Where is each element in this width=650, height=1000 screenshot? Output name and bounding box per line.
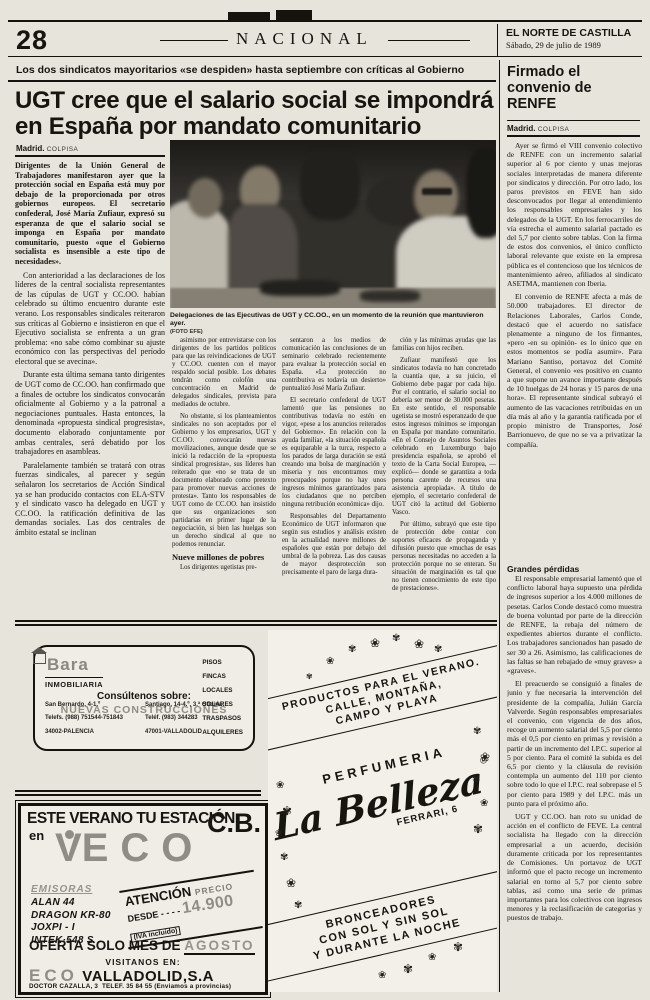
article-subhead: Nueve millones de pobres <box>172 553 276 561</box>
paragraph: ALAN 44 <box>31 897 111 910</box>
paragraph: El secretario confederal de UGT lamentó … <box>282 397 386 509</box>
flower-icon: ❀ <box>480 798 488 809</box>
paragraph: Teléf. (983) 344283 <box>145 715 245 722</box>
veco-en: en <box>29 828 44 843</box>
paragraph: DRAGON KR-80 <box>31 910 111 923</box>
flower-icon: ✾ <box>473 726 481 737</box>
lead-paragraph: Dirigentes de la Unión General de Trabaj… <box>15 161 165 267</box>
flower-icon: ✾ <box>294 900 302 911</box>
caption-text: Delegaciones de las Ejecutivas de UGT y … <box>170 312 483 327</box>
edition-date: Sábado, 29 de julio de 1989 <box>506 40 601 50</box>
veco-ad: ESTE VERANO TU ESTACIÓN C.B. en VECO EMI… <box>18 803 268 995</box>
inmobiliaria-logo-text: Bara <box>47 655 89 674</box>
paragraph: PISOS <box>202 659 243 667</box>
paragraph: Telefs. (988) 751544-751843 <box>45 715 140 722</box>
header-tab-right <box>276 10 312 20</box>
section-rule-right <box>388 40 470 41</box>
section-title: NACIONAL <box>236 29 373 49</box>
column-1-paragraphs: Con anterioridad a las declaraciones de … <box>15 271 165 538</box>
section-rule-left <box>160 40 228 41</box>
paragraph: 34002-PALENCIA <box>45 729 140 736</box>
paragraph: Por último, subrayó que este tipo de pro… <box>392 521 496 593</box>
article-column-1: Dirigentes de la Unión General de Trabaj… <box>15 161 165 613</box>
renfe-body-2: El responsable empresarial lamentó que e… <box>507 574 642 990</box>
paragraph: Paralelamente también se tratará con otr… <box>15 461 165 538</box>
flower-icon: ✾ <box>434 644 442 655</box>
main-byline-agency: COLPISA <box>47 146 79 153</box>
offer-month: AGOSTO <box>184 938 254 955</box>
veco-offer: OFERTA SOLO MES DE AGOSTO <box>29 938 255 953</box>
renfe-title: Firmado el convenio de RENFE <box>507 64 642 112</box>
la-belleza-ad: PRODUCTOS PARA EL VERANO.CALLE, MONTAÑA,… <box>268 630 497 992</box>
emisoras-label: EMISORAS <box>31 884 111 895</box>
renfe-title-line: RENFE <box>507 96 642 112</box>
paragraph: Responsables del Departamento Económico … <box>282 513 386 577</box>
house-icon <box>33 653 46 664</box>
paragraph: Con anterioridad a las declaraciones de … <box>15 271 165 367</box>
veco-cb: C.B. <box>207 808 261 839</box>
flower-icon: ✾ <box>348 644 356 655</box>
paragraph: Santiago, 14-4.º, 3.ª Oficina <box>145 702 245 709</box>
renfe-body-1: Ayer se firmó el VIII convenio colectivo… <box>507 141 642 561</box>
ads-divider-rule-2 <box>15 794 261 796</box>
paragraph: El convenio de RENFE afecta a más de 50.… <box>507 292 642 448</box>
offer-text: OFERTA SOLO MES DE <box>29 938 181 953</box>
header-vertical-divider <box>497 24 498 56</box>
inmobiliaria-ad: Bara INMOBILIARIA PISOSFINCASLOCALESSOLA… <box>33 645 255 751</box>
main-byline-rule <box>15 155 165 157</box>
paragraph: asimismo por entrevistarse con los dirig… <box>172 337 276 409</box>
newspaper-page: 28 NACIONAL EL NORTE DE CASTILLA Sábado,… <box>0 0 650 1000</box>
header-bottom-rule <box>8 56 642 57</box>
article-column-4: ción y las mínimas ayudas que las famili… <box>392 337 496 613</box>
renfe-byline-city: Madrid. <box>507 124 535 133</box>
flower-icon: ✾ <box>282 804 292 819</box>
flower-icon: ❀ <box>286 876 296 891</box>
flower-icon: ✾ <box>473 822 483 837</box>
veco-logo: VECO <box>55 828 204 868</box>
paragraph: ción y las mínimas ayudas que las famili… <box>392 337 496 353</box>
veco-footer-address: DOCTOR CAZALLA, 3 TELEF. 35 84 55 (Envia… <box>29 983 231 990</box>
page-number: 28 <box>16 25 48 56</box>
article-bottom-rule-1 <box>15 620 497 622</box>
veco-v-icon: V <box>55 828 82 868</box>
kicker-rule <box>8 80 496 82</box>
flower-icon: ✾ <box>306 672 313 681</box>
inmobiliaria-label: INMOBILIARIA <box>45 677 103 689</box>
paragraph: 47001-VALLADOLID <box>145 729 245 736</box>
inmobiliaria-address-palencia: San Bernardo, 4-1.ºTelefs. (988) 751544-… <box>45 696 140 742</box>
paragraph: El preacuerdo se consiguió a finales de … <box>507 679 642 808</box>
flower-icon: ❀ <box>480 750 490 765</box>
column-2-paragraphs: asimismo por entrevistarse con los dirig… <box>172 337 276 549</box>
paragraph: Ayer se firmó el VIII convenio colectivo… <box>507 141 642 288</box>
inmobiliaria-address-valladolid: Santiago, 14-4.º, 3.ª OficinaTeléf. (983… <box>145 696 245 742</box>
header-tab-left <box>228 12 270 20</box>
paragraph: sentaron a los medios de comunicación la… <box>282 337 386 393</box>
headline-line-2: en España por mandato comunitario <box>15 114 497 140</box>
union-meeting-photo <box>170 140 496 308</box>
renfe-byline-rule-bottom <box>507 135 640 137</box>
renfe-byline-agency: COLPISA <box>538 126 570 133</box>
masthead: EL NORTE DE CASTILLA <box>506 27 631 39</box>
paragraph: No obstante, si los planteamientos sindi… <box>172 413 276 549</box>
flower-icon: ✾ <box>392 633 400 644</box>
kicker: Los dos sindicatos mayoritarios «se desp… <box>16 64 494 76</box>
halftone-texture <box>170 140 496 308</box>
paragraph: JOXPI - I <box>31 922 111 935</box>
paragraph: El responsable empresarial lamentó que e… <box>507 574 642 675</box>
renfe-byline-rule-top <box>507 120 640 121</box>
photo-caption: Delegaciones de las Ejecutivas de UGT y … <box>170 312 496 336</box>
main-byline-city: Madrid. <box>16 144 44 153</box>
paragraph: FINCAS <box>202 673 243 681</box>
article-column-2: asimismo por entrevistarse con los dirig… <box>172 337 276 613</box>
photo-credit: (FOTO EFE) <box>170 329 203 335</box>
inmobiliaria-logo: Bara <box>47 655 89 675</box>
paragraph: Zufiaur manifestó que los sindicatos tod… <box>392 357 496 517</box>
flower-icon: ❀ <box>378 970 386 981</box>
column-2-continued: Los dirigentes ugetistas pre- <box>172 564 276 572</box>
ads-divider-rule-1 <box>15 790 261 792</box>
paragraph: San Bernardo, 4-1.º <box>45 702 140 709</box>
article-column-3: sentaron a los medios de comunicación la… <box>282 337 386 613</box>
column-divider <box>499 60 500 992</box>
flower-icon: ❀ <box>276 780 284 791</box>
belleza-top-band: PRODUCTOS PARA EL VERANO.CALLE, MONTAÑA,… <box>268 643 497 753</box>
flower-icon: ❀ <box>428 952 436 963</box>
desde-label: DESDE - - - - <box>127 906 181 924</box>
main-byline: Madrid. COLPISA <box>16 144 78 153</box>
flower-icon: ✾ <box>403 962 413 977</box>
renfe-title-line: Firmado el <box>507 64 642 80</box>
renfe-byline: Madrid. COLPISA <box>507 124 569 133</box>
flower-icon: ❀ <box>326 656 334 667</box>
renfe-subhead: Grandes pérdidas <box>507 564 579 574</box>
flower-icon: ❀ <box>414 637 424 652</box>
flower-icon: ✾ <box>472 774 480 785</box>
flower-icon: ✾ <box>453 940 463 955</box>
flower-icon: ❀ <box>275 828 283 839</box>
article-bottom-rule-2 <box>15 624 497 626</box>
veco-logo-eco: ECO <box>82 826 205 870</box>
paragraph: Durante esta última semana tanto dirigen… <box>15 370 165 456</box>
header-top-rule <box>8 20 642 22</box>
paragraph: Los dirigentes ugetistas pre- <box>172 564 276 572</box>
flower-icon: ❀ <box>370 636 380 651</box>
paragraph: UGT y CC.OO. han roto su unidad de acció… <box>507 812 642 922</box>
headline-line-1: UGT cree que el salario social se impond… <box>15 88 497 114</box>
renfe-title-line: convenio de <box>507 80 642 96</box>
flower-icon: ✾ <box>280 852 288 863</box>
main-headline: UGT cree que el salario social se impond… <box>15 88 497 140</box>
belleza-bottom-band: BRONCEADORESCON SOL Y SIN SOLY DURANTE L… <box>268 869 497 984</box>
